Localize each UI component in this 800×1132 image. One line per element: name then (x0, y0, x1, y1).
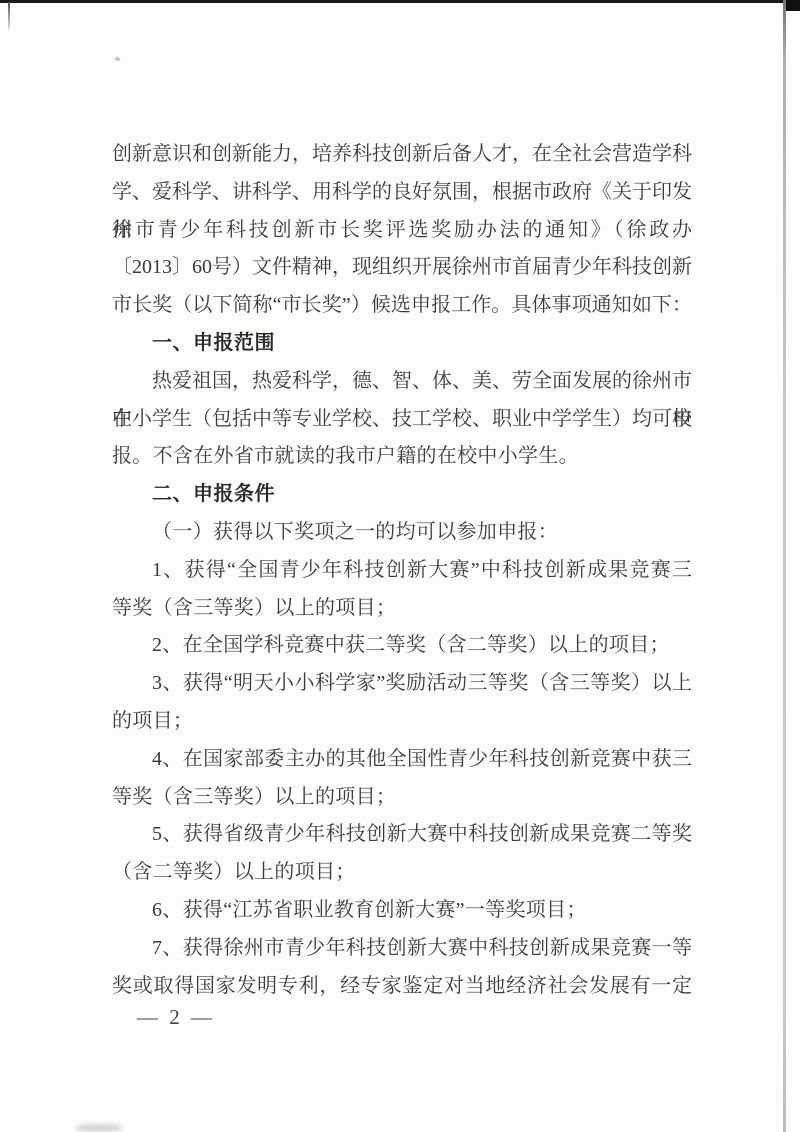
page-number: — 2 — (137, 1002, 215, 1032)
section-heading: 二、申报条件 (112, 476, 692, 514)
text-line: 等奖（含三等奖）以上的项目； (112, 590, 692, 628)
scan-speck-artifact (114, 56, 120, 62)
scan-corner-artifact (786, 0, 800, 11)
scan-right-edge-shadow (783, 0, 786, 1132)
text-line: 中小学生（包括中等专业学校、技工学校、职业中学学生）均可申 (112, 401, 692, 439)
text-line: 等奖（含三等奖）以上的项目； (112, 779, 692, 817)
text-line: 6、获得“江苏省职业教育创新大赛”一等奖项目； (112, 892, 692, 930)
text-line: 3、获得“明天小小科学家”奖励活动三等奖（含三等奖）以上 (112, 665, 692, 703)
text-line: （一）获得以下奖项之一的均可以参加申报： (112, 514, 692, 552)
scan-top-left-tick-artifact (8, 2, 10, 32)
scanned-document-page: 创新意识和创新能力，培养科技创新后备人才，在全社会营造学科 学、爱科学、讲科学、… (0, 0, 800, 1132)
document-body: 创新意识和创新能力，培养科技创新后备人才，在全社会营造学科 学、爱科学、讲科学、… (112, 136, 692, 1005)
text-line: 奖或取得国家发明专利，经专家鉴定对当地经济社会发展有一定 (112, 968, 692, 1006)
text-line: 的项目； (112, 703, 692, 741)
text-line: 4、在国家部委主办的其他全国性青少年科技创新竞赛中获三 (112, 741, 692, 779)
text-line: 报。不含在外省市就读的我市户籍的在校中小学生。 (112, 438, 692, 476)
text-line: （含二等奖）以上的项目； (112, 854, 692, 892)
scan-top-edge-artifact (0, 0, 792, 3)
text-line: 7、获得徐州市青少年科技创新大赛中科技创新成果竞赛一等 (112, 930, 692, 968)
text-line: 热爱祖国，热爱科学，德、智、体、美、劳全面发展的徐州市在校 (112, 363, 692, 401)
section-heading: 一、申报范围 (112, 325, 692, 363)
text-line: 1、获得“全国青少年科技创新大赛”中科技创新成果竞赛三 (112, 552, 692, 590)
scan-bottom-smudge-artifact (76, 1124, 122, 1132)
text-line: 〔2013〕60号）文件精神，现组织开展徐州市首届青少年科技创新 (112, 249, 692, 287)
text-line: 州市青少年科技创新市长奖评选奖励办法的通知》（徐政办 (112, 212, 692, 250)
text-line: 市长奖（以下简称“市长奖”）候选申报工作。具体事项通知如下： (112, 287, 692, 325)
text-line: 创新意识和创新能力，培养科技创新后备人才，在全社会营造学科 (112, 136, 692, 174)
text-line: 学、爱科学、讲科学、用科学的良好氛围，根据市政府《关于印发徐 (112, 174, 692, 212)
text-line: 2、在全国学科竞赛中获二等奖（含二等奖）以上的项目； (112, 627, 692, 665)
text-line: 5、获得省级青少年科技创新大赛中科技创新成果竞赛二等奖 (112, 816, 692, 854)
